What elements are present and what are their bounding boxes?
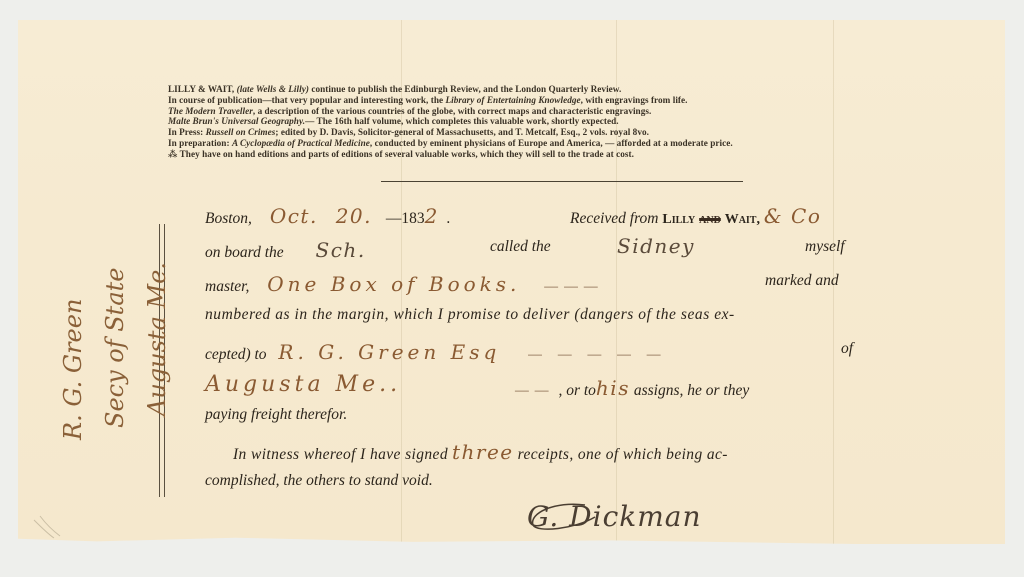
receipt-line-consignee: cepted) to R. G. Green Esq — — — — — (205, 340, 667, 364)
signature: G. Dickman (527, 500, 702, 533)
myself-label: myself (805, 238, 845, 256)
marked-and-label: marked and (765, 272, 839, 290)
handwritten-count: three (452, 440, 514, 464)
receipt-line-assigns: —— , or tohis assigns, he or they (515, 376, 749, 400)
receipt-line-void: complished, the others to stand void. (205, 472, 433, 490)
handwritten-vessel-type: Sch. (316, 238, 366, 262)
receipt-line-freight: paying freight therefor. (205, 406, 347, 424)
ad-line: LILLY & WAIT, (late Wells & Lilly) conti… (168, 84, 908, 95)
receipt-line-received: Received from Lilly and Wait, & Co (570, 204, 821, 228)
paper-stain-mark (30, 510, 70, 540)
handwritten-year-digit: 2 (425, 204, 439, 228)
struck-out-word: and (699, 212, 721, 227)
receipt-line-destination: Augusta Me.. (205, 372, 401, 397)
receipt-line-vessel: on board the Sch. (205, 238, 366, 262)
handwritten-pronoun: his (596, 376, 630, 400)
ad-line: ⁂ They have on hand editions and parts o… (168, 149, 908, 160)
handwritten-company-suffix: & Co (764, 204, 822, 228)
ad-line: In course of publication—that very popul… (168, 95, 908, 106)
margin-address-note: R. G. Green Secy of State Augusta Me. (52, 262, 178, 440)
ad-line: In Press: Russell on Crimes; edited by D… (168, 127, 908, 138)
handwritten-consignee: R. G. Green Esq (278, 340, 500, 364)
receipt-line-witness: In witness whereof I have signedthreerec… (233, 440, 728, 464)
publisher-advertisement: LILLY & WAIT, (late Wells & Lilly) conti… (168, 84, 908, 160)
called-the-label: called the (490, 238, 551, 256)
handwritten-vessel-name: Sidney (617, 234, 695, 258)
receipt-line-terms: numbered as in the margin, which I promi… (205, 306, 735, 324)
ad-line: In preparation: A Cyclopædia of Practica… (168, 138, 908, 149)
ad-line: Malte Brun's Universal Geography.— The 1… (168, 116, 908, 127)
ad-line: The Modern Traveller, a description of t… (168, 106, 908, 117)
handwritten-destination: Augusta Me.. (205, 372, 401, 397)
receipt-line-goods: master, One Box of Books. ——— (205, 272, 604, 296)
header-divider (381, 181, 743, 182)
handwritten-month: Oct. (270, 204, 318, 228)
of-label: of (841, 340, 853, 358)
handwritten-day: 20. (336, 204, 372, 228)
receipt-line-date: Boston, Oct. 20. —1832 . (205, 204, 451, 228)
handwritten-goods: One Box of Books. (267, 272, 520, 296)
